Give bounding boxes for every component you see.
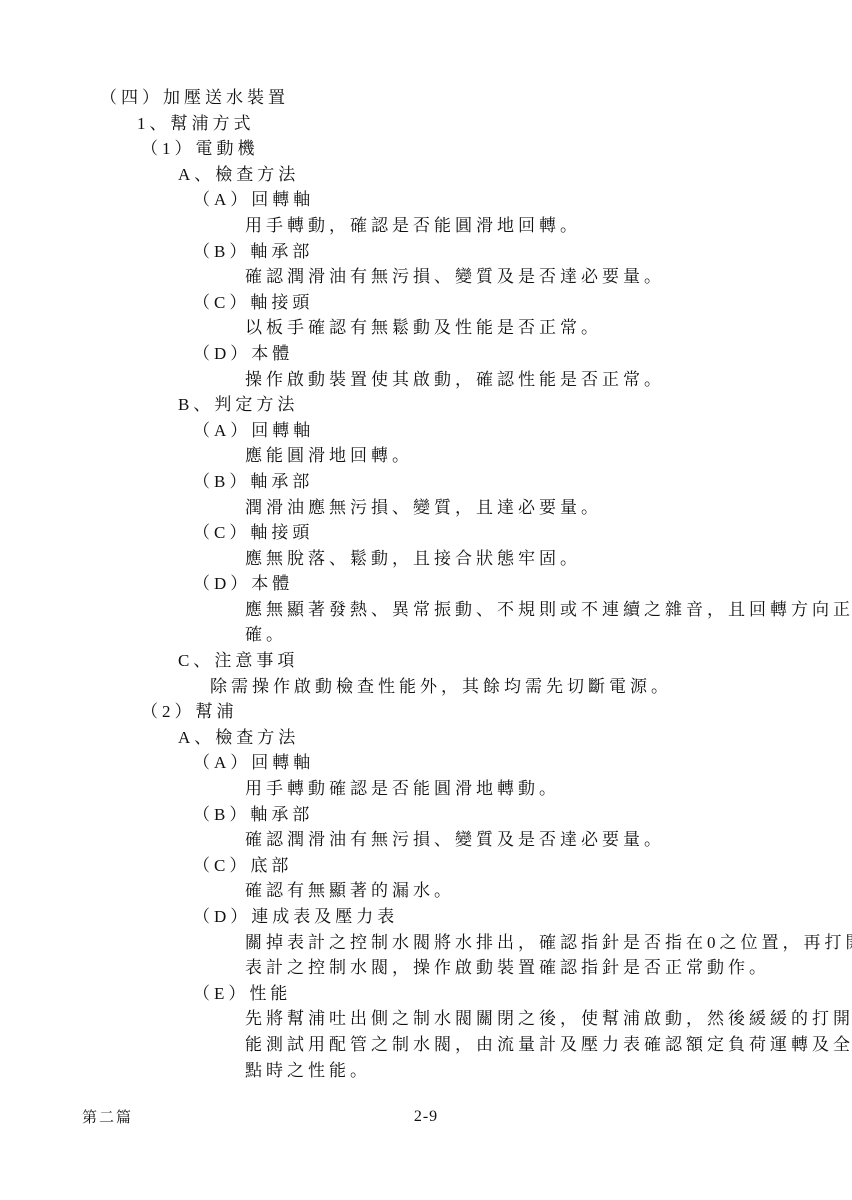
text-line: （1）電動機 bbox=[0, 136, 852, 162]
text-line: A、檢查方法 bbox=[0, 162, 852, 188]
text-line: （C）軸接頭 bbox=[0, 520, 852, 546]
text-line: 用手轉動確認是否能圓滑地轉動。 bbox=[0, 776, 852, 802]
page-footer: 第二篇 2-9 bbox=[0, 1106, 852, 1128]
text-line: 點時之性能。 bbox=[0, 1058, 852, 1084]
footer-page-number: 2-9 bbox=[0, 1108, 852, 1126]
text-line: 1、幫浦方式 bbox=[0, 111, 852, 137]
text-line: （B）軸承部 bbox=[0, 802, 852, 828]
text-line: （C）底部 bbox=[0, 853, 852, 879]
text-line: A、檢查方法 bbox=[0, 725, 852, 751]
text-line: （D）本體 bbox=[0, 571, 852, 597]
text-line: 應無脫落、鬆動，且接合狀態牢固。 bbox=[0, 546, 852, 572]
text-line: （E）性能 bbox=[0, 981, 852, 1007]
text-line: （2）幫浦 bbox=[0, 699, 852, 725]
text-line: （C）軸接頭 bbox=[0, 290, 852, 316]
text-line: B、判定方法 bbox=[0, 392, 852, 418]
text-line: （A）回轉軸 bbox=[0, 750, 852, 776]
text-line: 以板手確認有無鬆動及性能是否正常。 bbox=[0, 315, 852, 341]
text-line: （B）軸承部 bbox=[0, 469, 852, 495]
text-line: 確認潤滑油有無污損、變質及是否達必要量。 bbox=[0, 827, 852, 853]
text-line: （D）連成表及壓力表 bbox=[0, 904, 852, 930]
text-line: 除需操作啟動檢查性能外，其餘均需先切斷電源。 bbox=[0, 674, 852, 700]
text-line: 表計之控制水閥，操作啟動裝置確認指針是否正常動作。 bbox=[0, 955, 852, 981]
text-line: 潤滑油應無污損、變質，且達必要量。 bbox=[0, 495, 852, 521]
document-body: （四）加壓送水裝置1、幫浦方式（1）電動機A、檢查方法（A）回轉軸用手轉動，確認… bbox=[0, 85, 852, 1083]
text-line: （D）本體 bbox=[0, 341, 852, 367]
text-line: 應無顯著發熱、異常振動、不規則或不連續之雜音，且回轉方向正 bbox=[0, 597, 852, 623]
text-line: 確。 bbox=[0, 622, 852, 648]
text-line: 關掉表計之控制水閥將水排出，確認指針是否指在0之位置，再打開 bbox=[0, 930, 852, 956]
text-line: （A）回轉軸 bbox=[0, 418, 852, 444]
text-line: 能測試用配管之制水閥，由流量計及壓力表確認額定負荷運轉及全開 bbox=[0, 1032, 852, 1058]
text-line: 先將幫浦吐出側之制水閥關閉之後，使幫浦啟動，然後緩緩的打開性 bbox=[0, 1006, 852, 1032]
text-line: 確認有無顯著的漏水。 bbox=[0, 878, 852, 904]
text-line: 應能圓滑地回轉。 bbox=[0, 443, 852, 469]
document-page: （四）加壓送水裝置1、幫浦方式（1）電動機A、檢查方法（A）回轉軸用手轉動，確認… bbox=[0, 0, 852, 1200]
text-line: （四）加壓送水裝置 bbox=[0, 85, 852, 111]
text-line: 確認潤滑油有無污損、變質及是否達必要量。 bbox=[0, 264, 852, 290]
text-line: 用手轉動，確認是否能圓滑地回轉。 bbox=[0, 213, 852, 239]
text-line: （B）軸承部 bbox=[0, 239, 852, 265]
text-line: C、注意事項 bbox=[0, 648, 852, 674]
text-line: 操作啟動裝置使其啟動，確認性能是否正常。 bbox=[0, 367, 852, 393]
text-line: （A）回轉軸 bbox=[0, 187, 852, 213]
